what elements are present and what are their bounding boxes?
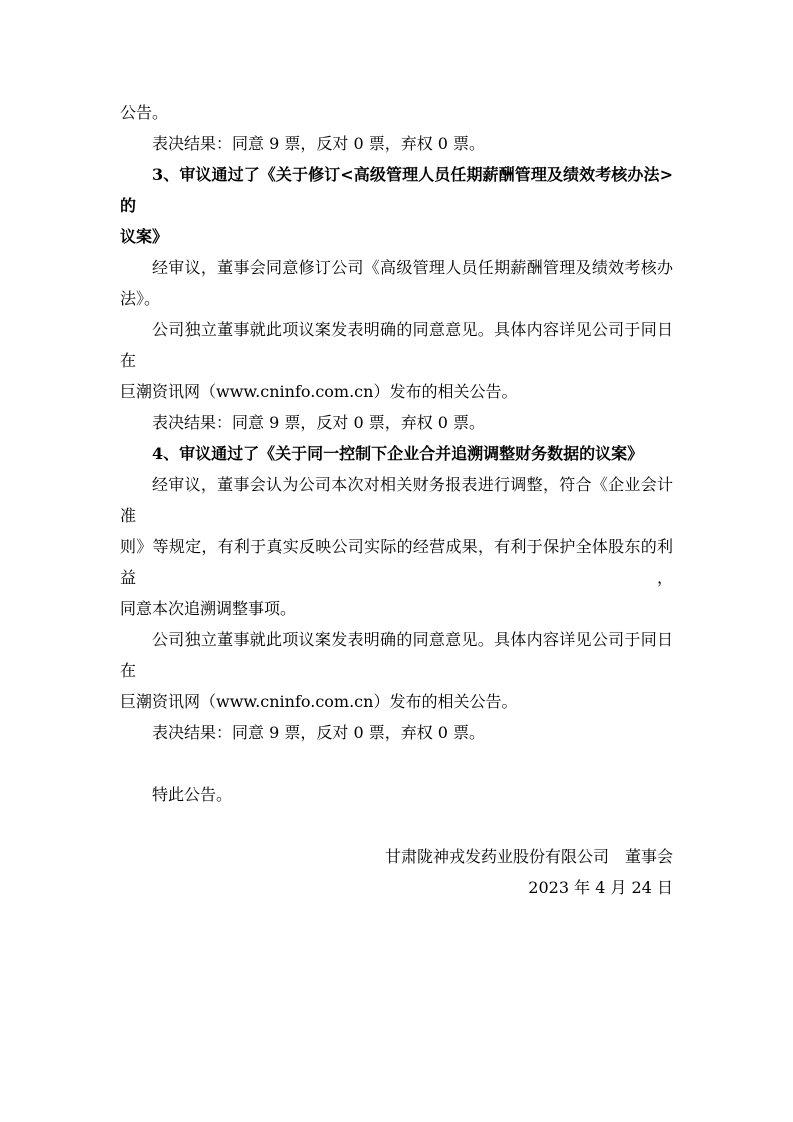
text-line: 巨潮资讯网（www.cninfo.com.cn）发布的相关公告。 bbox=[120, 686, 673, 717]
text-line: 经审议，董事会认为公司本次对相关财务报表进行调整，符合《企业会计准 bbox=[120, 469, 673, 531]
text-line: 同意本次追溯调整事项。 bbox=[120, 593, 673, 624]
blank-line bbox=[120, 748, 673, 779]
text-line: 3、审议通过了《关于修订<高级管理人员任期薪酬管理及绩效考核办法>的 bbox=[120, 159, 673, 221]
text-line: 议案》 bbox=[120, 221, 673, 252]
text-line: 公告。 bbox=[120, 97, 673, 128]
text-line: 则》等规定，有利于真实反映公司实际的经营成果，有利于保护全体股东的利益， bbox=[120, 531, 673, 593]
text-line: 4、审议通过了《关于同一控制下企业合并追溯调整财务数据的议案》 bbox=[120, 438, 673, 469]
document-page: 公告。表决结果：同意 9 票，反对 0 票，弃权 0 票。3、审议通过了《关于修… bbox=[0, 0, 793, 1122]
text-line: 表决结果：同意 9 票，反对 0 票，弃权 0 票。 bbox=[120, 128, 673, 159]
text-line: 特此公告。 bbox=[120, 779, 673, 810]
blank-line bbox=[120, 810, 673, 841]
document-body: 公告。表决结果：同意 9 票，反对 0 票，弃权 0 票。3、审议通过了《关于修… bbox=[120, 97, 673, 903]
text-line: 公司独立董事就此项议案发表明确的同意意见。具体内容详见公司于同日在 bbox=[120, 314, 673, 376]
text-line: 公司独立董事就此项议案发表明确的同意意见。具体内容详见公司于同日在 bbox=[120, 624, 673, 686]
text-line: 甘肃陇神戎发药业股份有限公司 董事会 bbox=[120, 841, 673, 872]
text-line: 巨潮资讯网（www.cninfo.com.cn）发布的相关公告。 bbox=[120, 376, 673, 407]
text-line: 表决结果：同意 9 票，反对 0 票，弃权 0 票。 bbox=[120, 717, 673, 748]
text-line: 表决结果：同意 9 票，反对 0 票，弃权 0 票。 bbox=[120, 407, 673, 438]
text-line: 法》。 bbox=[120, 283, 673, 314]
text-line: 2023 年 4 月 24 日 bbox=[120, 872, 673, 903]
text-line: 经审议，董事会同意修订公司《高级管理人员任期薪酬管理及绩效考核办 bbox=[120, 252, 673, 283]
